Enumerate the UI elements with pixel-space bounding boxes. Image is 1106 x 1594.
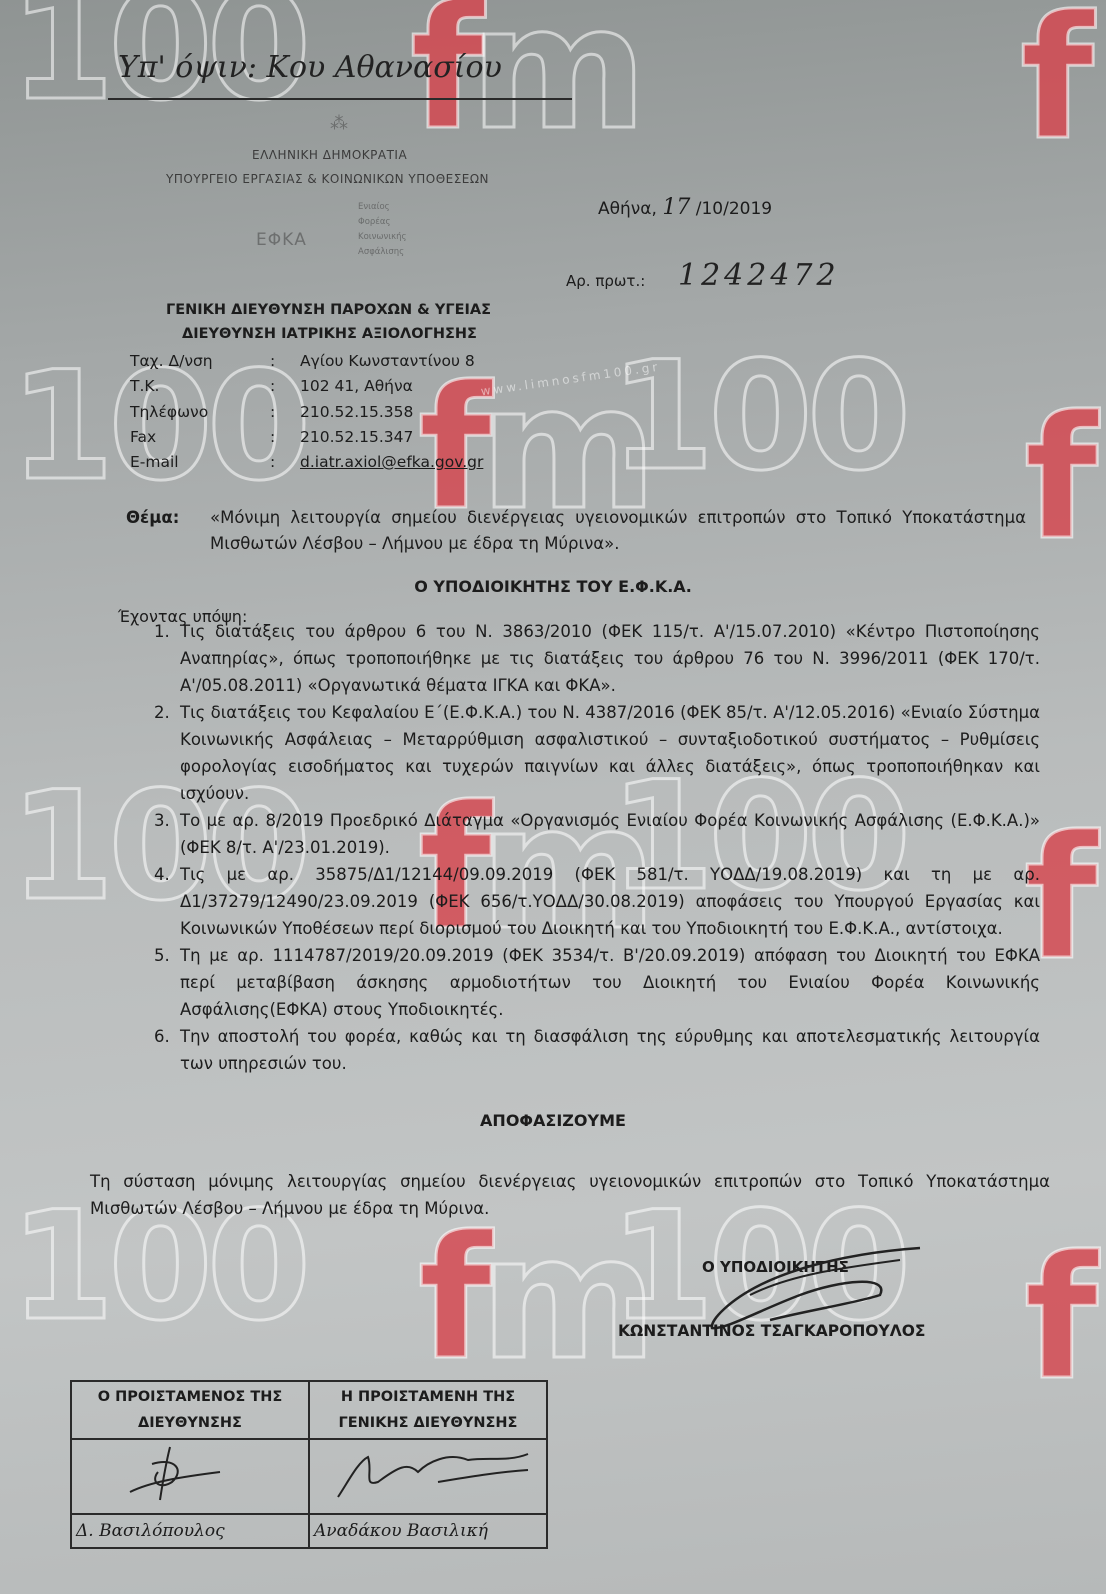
signatory-name: ΚΩΝΣΤΑΝΤΙΝΟΣ ΤΣΑΓΚΑΡΟΠΟΥΛΟΣ bbox=[618, 1322, 925, 1340]
protocol-number: 1242472 bbox=[678, 258, 840, 293]
handwritten-underline bbox=[108, 98, 572, 100]
signature-scribble-icon bbox=[318, 1442, 538, 1502]
list-item: 4.Τις με αρ. 35875/Δ1/12144/09.09.2019 (… bbox=[120, 861, 1040, 942]
watermark-logo: m bbox=[480, 1200, 657, 1398]
approvals-table: Ο ΠΡΟΙΣΤΑΜΕΝΟΣ ΤΗΣ ΔΙΕΥΘΥΝΣΗΣ Η ΠΡΟΙΣΤΑΜ… bbox=[70, 1380, 548, 1549]
decision-heading: ΑΠΟΦΑΣΙΖΟΥΜΕ bbox=[0, 1111, 1106, 1130]
authority-heading: Ο ΥΠΟΔΙΟΙΚΗΤΗΣ ΤΟΥ Ε.Φ.Κ.Α. bbox=[0, 577, 1106, 596]
list-item: 6.Την αποστολή του φορέα, καθώς και τη δ… bbox=[120, 1023, 1040, 1077]
country-name: ΕΛΛΗΝΙΚΗ ΔΗΜΟΚΡΑΤΙΑ bbox=[252, 148, 407, 162]
emblem-icon: ⁂ bbox=[330, 113, 348, 134]
signatory-title: Ο ΥΠΟΔΙΟΙΚΗΤΗΣ bbox=[702, 1258, 849, 1276]
watermark-logo: f bbox=[1024, 1220, 1098, 1418]
approval-signature-cell bbox=[71, 1439, 309, 1514]
approval-signature-cell bbox=[309, 1439, 547, 1514]
list-item: 2.Τις διατάξεις του Κεφαλαίου Ε΄(Ε.Φ.Κ.Α… bbox=[120, 699, 1040, 807]
contact-address: Ταχ. Δ/νση:Αγίου Κωνσταντίνου 8 bbox=[130, 352, 475, 370]
contact-postcode: Τ.Κ.:102 41, Αθήνα bbox=[130, 377, 413, 395]
email-link[interactable]: d.iatr.axiol@efka.gov.gr bbox=[300, 453, 483, 471]
directorate: ΔΙΕΥΘΥΝΣΗ ΙΑΤΡΙΚΗΣ ΑΞΙΟΛΟΓΗΣΗΣ bbox=[182, 326, 477, 342]
considerations-list: 1.Τις διατάξεις του άρθρου 6 του Ν. 3863… bbox=[120, 618, 1040, 1077]
efka-logo: ΕΦΚΑ bbox=[256, 230, 307, 250]
scanned-document-page: 100 f m f 100 f m 100 www.limnosfm100.gr… bbox=[0, 0, 1106, 1594]
approval-header-general-directorate: Η ΠΡΟΙΣΤΑΜΕΝΗ ΤΗΣ ΓΕΝΙΚΗΣ ΔΙΕΥΘΥΝΣΗΣ bbox=[309, 1381, 547, 1439]
watermark-logo: f bbox=[418, 1200, 492, 1398]
efka-logo-subtitle: Ενιαίος Φορέας Κοινωνικής Ασφάλισης bbox=[358, 200, 407, 260]
subject-label: Θέμα: bbox=[126, 505, 179, 531]
signature-scribble-icon bbox=[90, 1442, 290, 1502]
handwritten-day: 17 bbox=[662, 195, 690, 220]
watermark-url: www.limnosfm100.gr bbox=[480, 359, 661, 398]
watermark-logo: f bbox=[1024, 380, 1098, 578]
document-date: Αθήνα, 17 /10/2019 bbox=[598, 195, 772, 220]
approval-name-general-directorate: Αναδάκου Βασιλική bbox=[309, 1514, 547, 1548]
contact-phone: Τηλέφωνο:210.52.15.358 bbox=[130, 403, 413, 421]
approval-header-directorate: Ο ΠΡΟΙΣΤΑΜΕΝΟΣ ΤΗΣ ΔΙΕΥΘΥΝΣΗΣ bbox=[71, 1381, 309, 1439]
contact-fax: Fax:210.52.15.347 bbox=[130, 428, 413, 446]
subject: Θέμα: «Μόνιμη λειτουργία σημείου διενέργ… bbox=[126, 505, 1026, 557]
ministry-name: ΥΠΟΥΡΓΕΙΟ ΕΡΓΑΣΙΑΣ & ΚΟΙΝΩΝΙΚΩΝ ΥΠΟΘΕΣΕΩ… bbox=[166, 172, 489, 186]
handwritten-note: Υπ' όψιν: Κου Αθανασίου bbox=[118, 50, 502, 85]
watermark-logo: f bbox=[1020, 0, 1094, 178]
list-item: 3.Το με αρ. 8/2019 Προεδρικό Διάταγμα «Ο… bbox=[120, 807, 1040, 861]
watermark-logo: 100 bbox=[610, 330, 905, 504]
approval-name-directorate: Δ. Βασιλόπουλος bbox=[71, 1514, 309, 1548]
list-item: 1.Τις διατάξεις του άρθρου 6 του Ν. 3863… bbox=[120, 618, 1040, 699]
contact-email: E-mail:d.iatr.axiol@efka.gov.gr bbox=[130, 453, 483, 471]
list-item: 5.Τη με αρ. 1114787/2019/20.09.2019 (ΦΕΚ… bbox=[120, 942, 1040, 1023]
general-directorate: ΓΕΝΙΚΗ ΔΙΕΥΘΥΝΣΗ ΠΑΡΟΧΩΝ & ΥΓΕΙΑΣ bbox=[166, 302, 491, 318]
protocol-label: Αρ. πρωτ.: bbox=[566, 272, 645, 290]
decision-text: Τη σύσταση μόνιμης λειτουργίας σημείου δ… bbox=[90, 1168, 1050, 1222]
subject-text: «Μόνιμη λειτουργία σημείου διενέργειας υ… bbox=[210, 505, 1026, 557]
